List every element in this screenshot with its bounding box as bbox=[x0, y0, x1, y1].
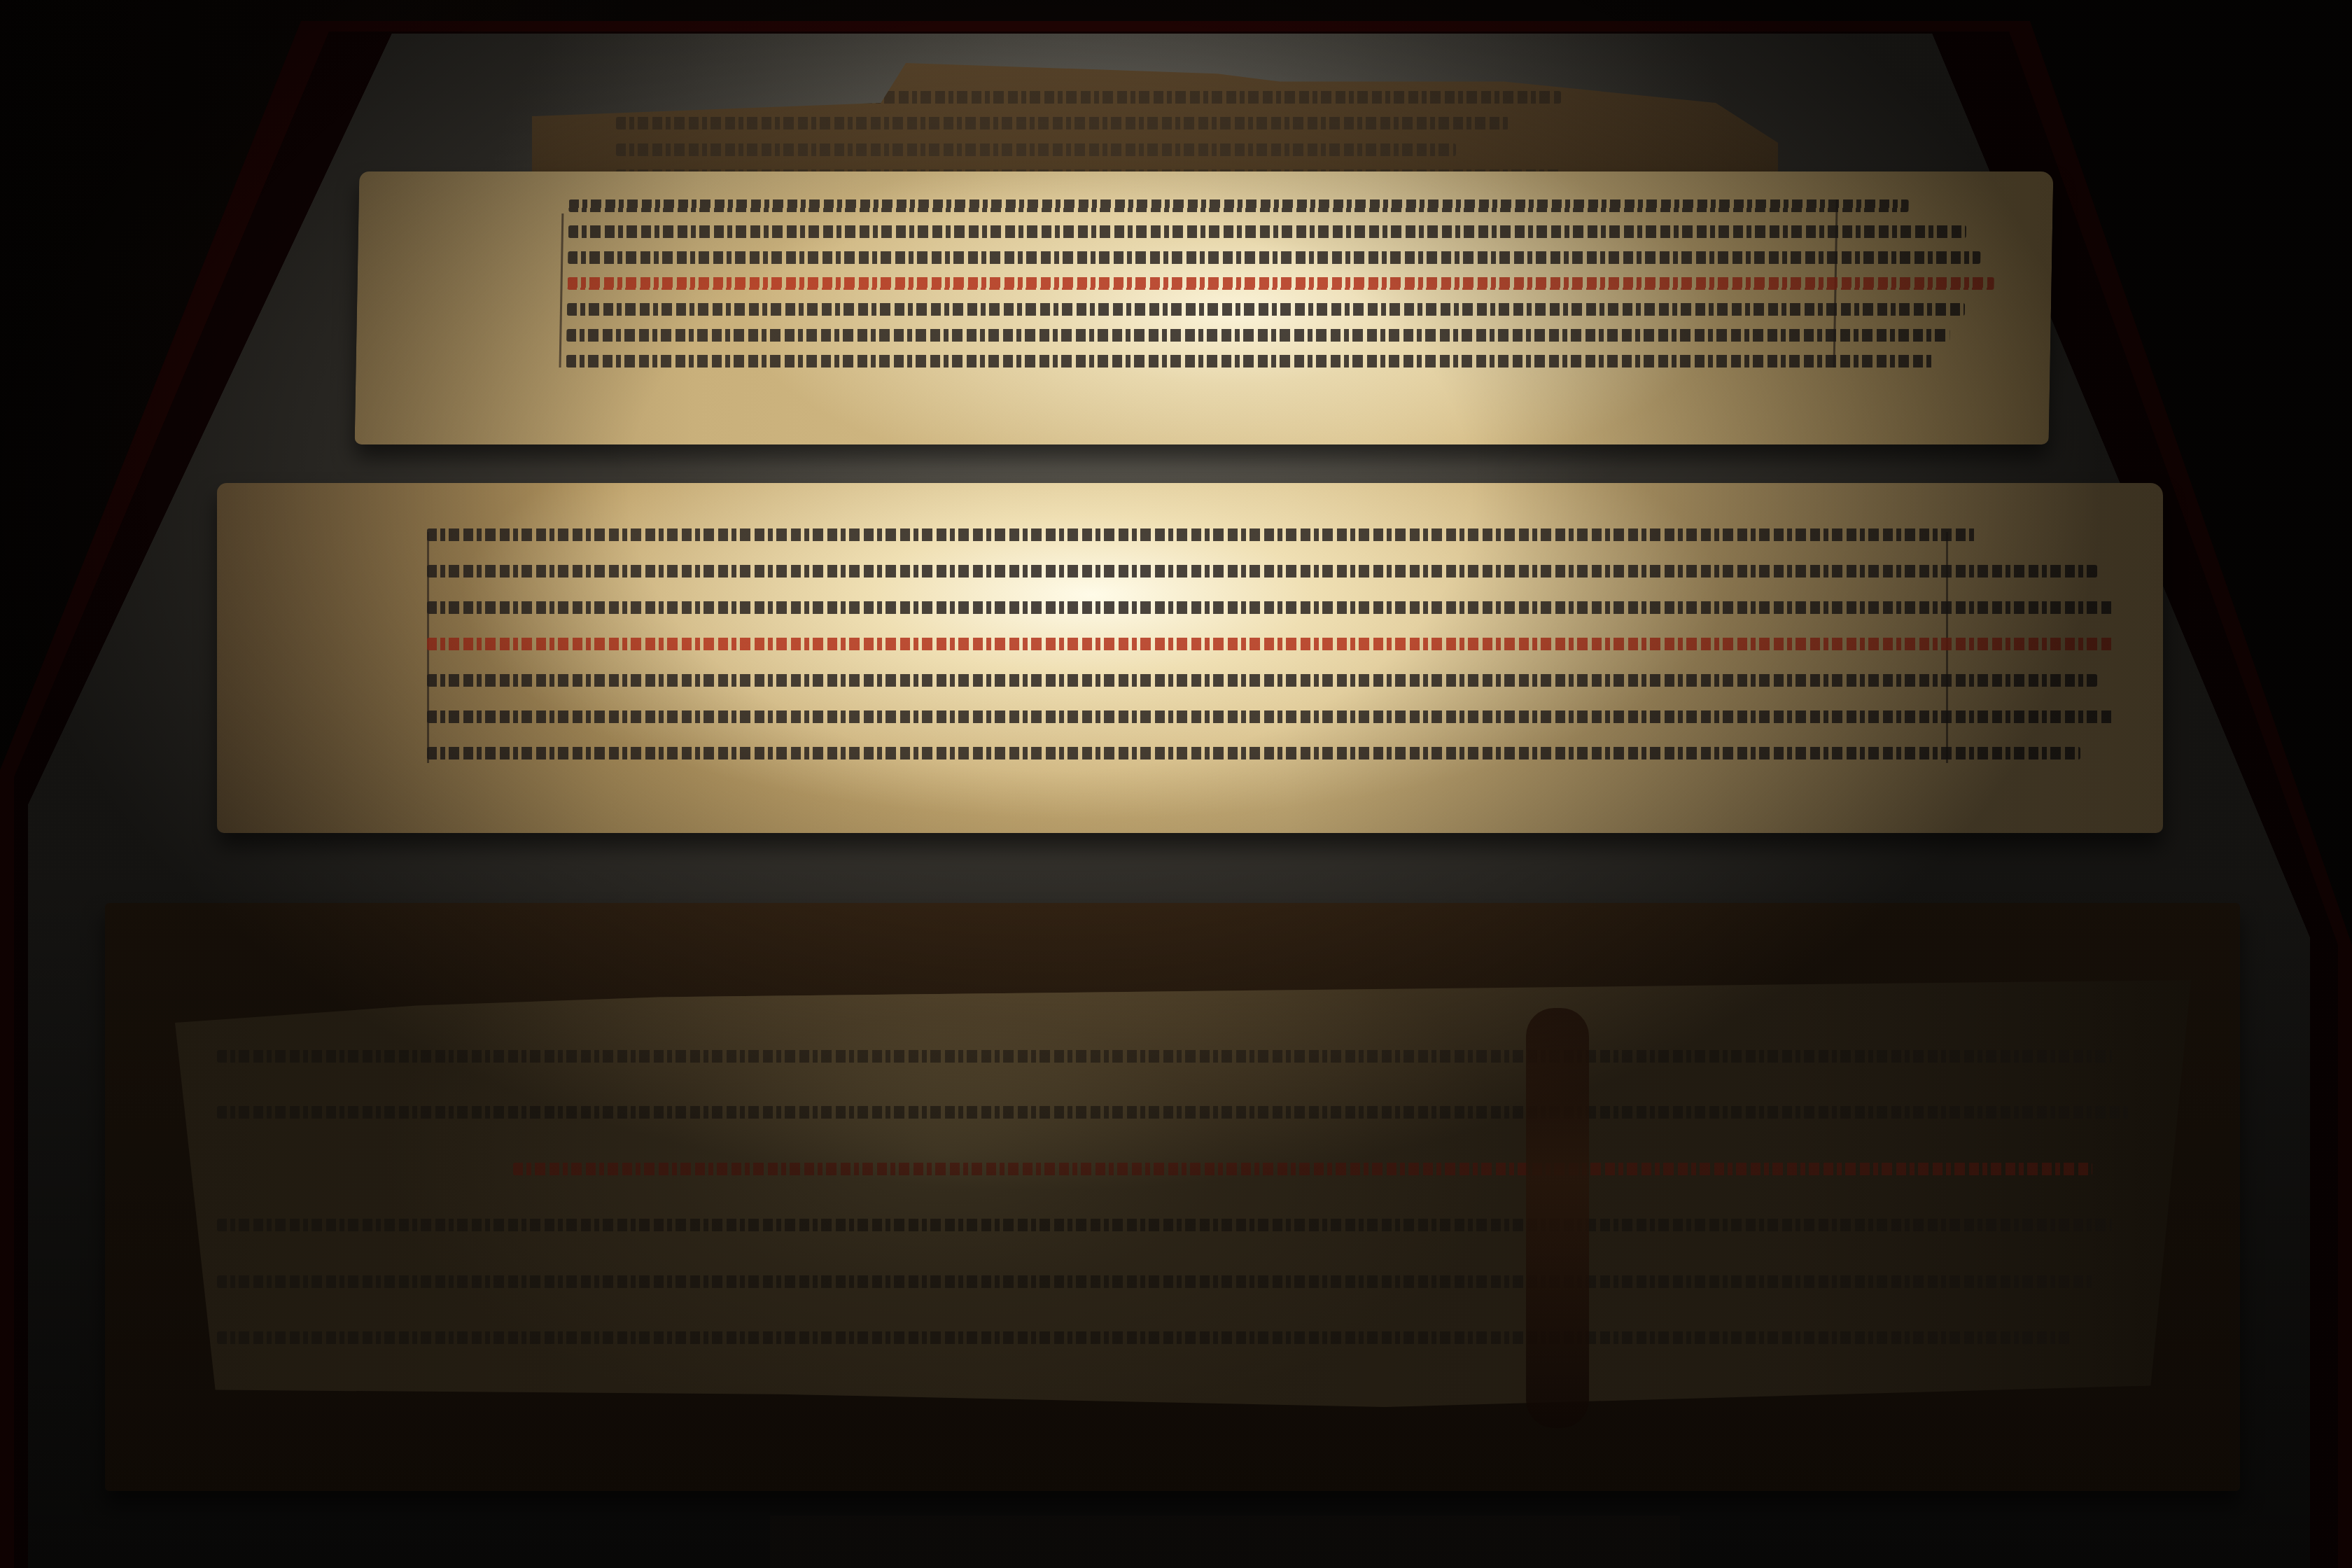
water-stain bbox=[1526, 1008, 1589, 1428]
folio-3-script bbox=[217, 1050, 2191, 1344]
folio-1-script bbox=[566, 199, 2025, 367]
manuscript-folio-1 bbox=[355, 171, 2054, 444]
display-label-plaque bbox=[770, 1515, 1680, 1568]
museum-display-scene bbox=[0, 0, 2352, 1568]
folio-2-script bbox=[427, 528, 2149, 759]
manuscript-folio-2 bbox=[217, 483, 2163, 833]
manuscript-folio-3-board bbox=[105, 903, 2240, 1491]
